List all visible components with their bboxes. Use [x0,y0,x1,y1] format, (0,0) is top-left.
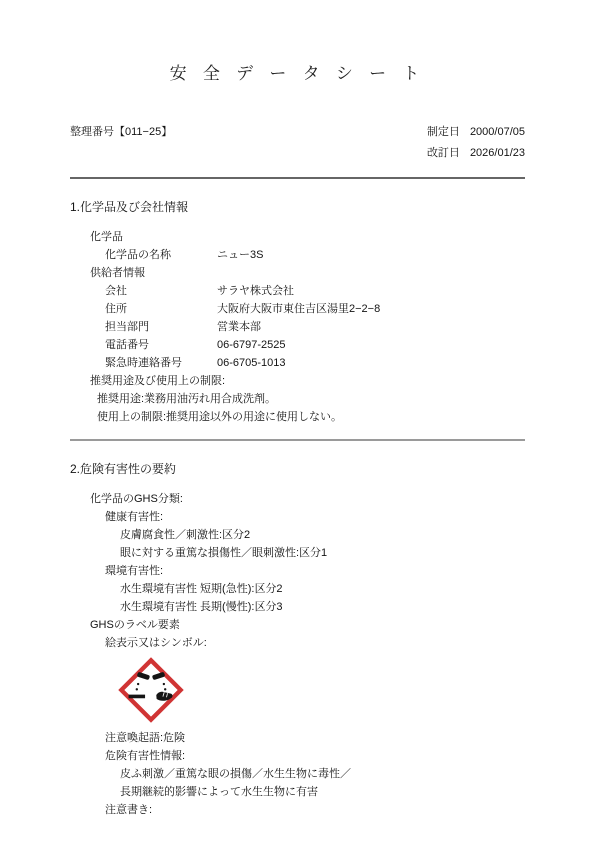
supplier-address-row: 住所 大阪府大阪市東住吉区湯里2−2−8 [105,300,525,318]
eye-damage-item: 眼に対する重篤な損傷性／眼刺激性:区分1 [120,544,525,562]
section1-heading: 1.化学品及び会社情報 [70,199,525,215]
date-block: 制定日 2000/07/05 改訂日 2026/01/23 [427,122,525,164]
use-restriction-heading: 推奨用途及び使用上の制限: [90,372,525,390]
address-value: 大阪府大阪市東住吉区湯里2−2−8 [217,300,525,318]
header-meta-row: 整理番号【011−25】 制定日 2000/07/05 改訂日 2026/01/… [70,122,525,164]
supplier-emergency-phone-row: 緊急時連絡番号 06-6705-1013 [105,354,525,372]
ghs-label-elements-heading: GHSのラベル要素 [90,616,525,634]
reference-number: 整理番号【011−25】 [70,122,172,143]
chemical-name-row: 化学品の名称 ニュー3S [105,246,525,264]
revised-date-label: 改訂日 [427,143,460,164]
aquatic-chronic-item: 水生環境有害性 長期(慢性):区分3 [120,598,525,616]
hazard-info-heading: 危険有害性情報: [105,747,525,765]
address-label: 住所 [105,300,217,318]
sds-document-page: 安 全 デ ー タ シ ー ト 整理番号【011−25】 制定日 2000/07… [0,0,595,842]
health-hazards-heading: 健康有害性: [105,508,525,526]
established-date-label: 制定日 [427,122,460,143]
phone-value: 06-6797-2525 [217,336,525,354]
section-chemical-and-company: 1.化学品及び会社情報 化学品 化学品の名称 ニュー3S 供給者情報 会社 サラ… [70,199,525,426]
revised-date-line: 改訂日 2026/01/23 [427,143,525,164]
established-date-line: 制定日 2000/07/05 [427,122,525,143]
corrosion-pictogram-icon [118,657,184,723]
chemical-group-label: 化学品 [90,228,525,246]
section2-heading: 2.危険有害性の要約 [70,461,525,477]
signal-word-line: 注意喚起語:危険 [105,729,525,747]
company-label: 会社 [105,282,217,300]
department-value: 営業本部 [217,318,525,336]
recommended-use-line: 推奨用途:業務用油汚れ用合成洗剤。 [97,390,525,408]
ghs05-corrosion-pictogram [118,657,184,723]
supplier-company-row: 会社 サラヤ株式会社 [105,282,525,300]
supplier-group-label: 供給者情報 [90,264,525,282]
emergency-phone-value: 06-6705-1013 [217,354,525,372]
phone-label: 電話番号 [105,336,217,354]
section1-divider [70,439,525,441]
aquatic-acute-item: 水生環境有害性 短期(急性):区分2 [120,580,525,598]
section-hazard-summary: 2.危険有害性の要約 化学品のGHS分類: 健康有害性: 皮膚腐食性／刺激性:区… [70,461,525,819]
hazard-statement-line-2: 長期継続的影響によって水生生物に有害 [120,783,525,801]
document-title: 安 全 デ ー タ シ ー ト [0,62,595,86]
department-label: 担当部門 [105,318,217,336]
use-restriction-line: 使用上の制限:推奨用途以外の用途に使用しない。 [97,408,525,426]
page-content: 整理番号【011−25】 制定日 2000/07/05 改訂日 2026/01/… [0,122,595,819]
skin-corrosion-item: 皮膚腐食性／刺激性:区分2 [120,526,525,544]
hazard-statement-line-1: 皮ふ刺激／重篤な眼の損傷／水生生物に毒性／ [120,765,525,783]
supplier-department-row: 担当部門 営業本部 [105,318,525,336]
environment-hazards-heading: 環境有害性: [105,562,525,580]
pictogram-heading: 絵表示又はシンボル: [105,634,525,652]
header-divider [70,177,525,179]
emergency-phone-label: 緊急時連絡番号 [105,354,217,372]
ghs-classification-heading: 化学品のGHS分類: [90,490,525,508]
established-date-value: 2000/07/05 [470,122,525,143]
company-value: サラヤ株式会社 [217,282,525,300]
revised-date-value: 2026/01/23 [470,143,525,164]
precautionary-heading: 注意書き: [105,801,525,819]
supplier-phone-row: 電話番号 06-6797-2525 [105,336,525,354]
chemical-name-label: 化学品の名称 [105,246,217,264]
chemical-name-value: ニュー3S [217,246,525,264]
